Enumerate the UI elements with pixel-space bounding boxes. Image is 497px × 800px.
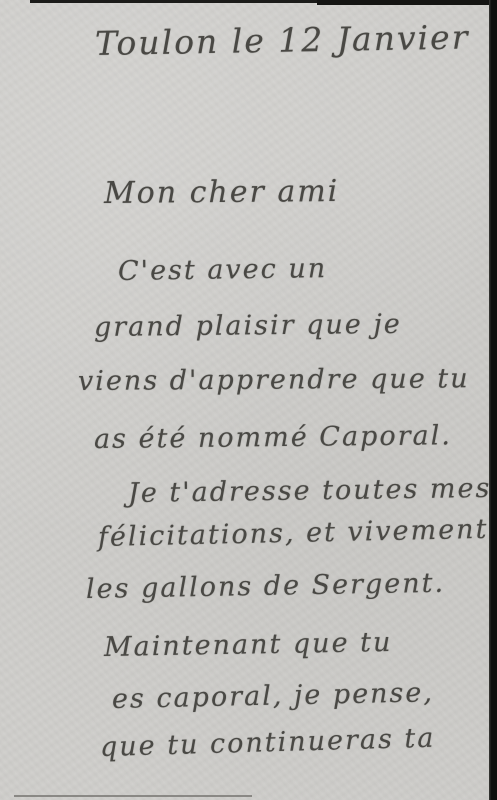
- letter-line: félicitations, et vivement: [98, 514, 489, 553]
- letter-line: Maintenant que tu: [104, 627, 393, 663]
- letter-line: viens d'apprendre que tu: [78, 363, 470, 397]
- letter-salutation: Mon cher ami: [104, 174, 340, 211]
- scan-edge-top-right: [317, 0, 497, 5]
- letter-page: Toulon le 12 Janvier Mon cher ami C'est …: [0, 0, 497, 800]
- letter-line: que tu continueras ta: [100, 723, 436, 763]
- scan-edge-bottom-left: [14, 795, 252, 797]
- letter-line: as été nommé Caporal.: [94, 420, 452, 455]
- letter-line: es caporal, je pense,: [112, 677, 435, 715]
- letter-dateline: Toulon le 12 Janvier: [95, 17, 470, 63]
- letter-line: C'est avec un: [118, 253, 328, 287]
- letter-line: Je t'adresse toutes mes: [128, 473, 492, 509]
- letter-line: grand plaisir que je: [94, 309, 402, 343]
- scan-edge-right: [489, 0, 497, 800]
- letter-line: les gallons de Sergent.: [86, 568, 446, 605]
